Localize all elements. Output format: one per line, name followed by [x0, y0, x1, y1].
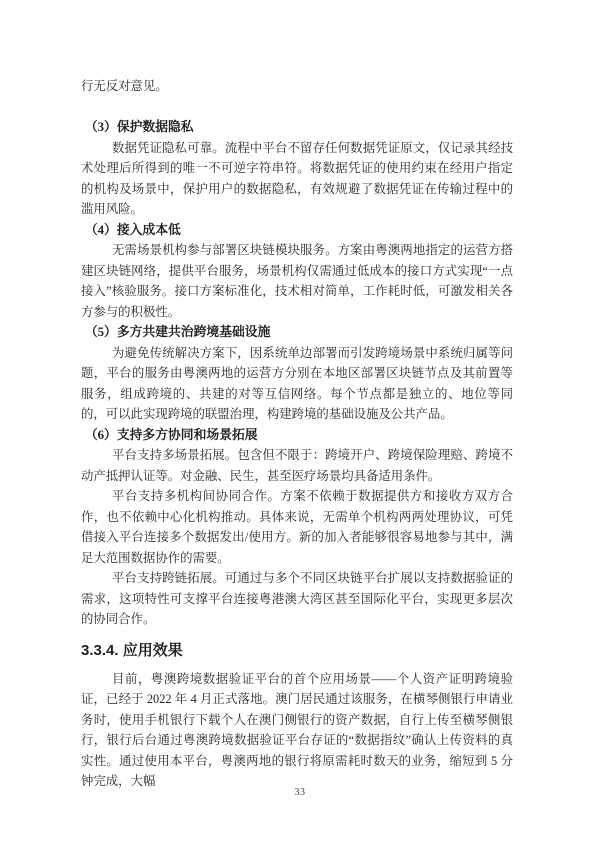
body-paragraph: 平台支持跨链拓展。可通过与多个不同区块链平台扩展以支持数据验证的需求，这项特性可… — [81, 568, 513, 630]
body-paragraph: 无需场景机构参与部署区块链模块服务。方案由粤澳两地指定的运营方搭建区块链网络，提… — [81, 240, 513, 322]
blank-line — [81, 97, 513, 118]
subsection-heading: 3.3.4. 应用效果 — [81, 640, 513, 662]
body-paragraph: 平台支持多机构间协同合作。方案不依赖于数据提供方和接收方双方合作，也不依赖中心化… — [81, 486, 513, 568]
closing-paragraph: 目前，粤澳跨境数据验证平台的首个应用场景——个人资产证明跨境验证，已经于 202… — [81, 669, 513, 792]
section-heading-4: （4）接入成本低 — [81, 220, 513, 241]
section-heading-6: （6）支持多方协同和场景拓展 — [81, 425, 513, 446]
section-heading-3: （3）保护数据隐私 — [81, 117, 513, 138]
section-heading-5: （5）多方共建共治跨境基础设施 — [81, 322, 513, 343]
body-paragraph: 数据凭证隐私可靠。流程中平台不留存任何数据凭证原文，仅记录其经技术处理后所得到的… — [81, 138, 513, 220]
body-paragraph: 平台支持多场景拓展。包含但不限于：跨境开户、跨境保险理赔、跨境不动产抵押认证等。… — [81, 445, 513, 486]
document-page: 行无反对意见。 （3）保护数据隐私 数据凭证隐私可靠。流程中平台不留存任何数据凭… — [0, 0, 600, 848]
page-content: 行无反对意见。 （3）保护数据隐私 数据凭证隐私可靠。流程中平台不留存任何数据凭… — [81, 76, 513, 792]
body-paragraph: 为避免传统解决方案下，因系统单边部署而引发跨境场景中系统归属等问题，平台的服务由… — [81, 343, 513, 425]
page-number: 33 — [0, 787, 600, 798]
continuation-line: 行无反对意见。 — [81, 76, 513, 97]
